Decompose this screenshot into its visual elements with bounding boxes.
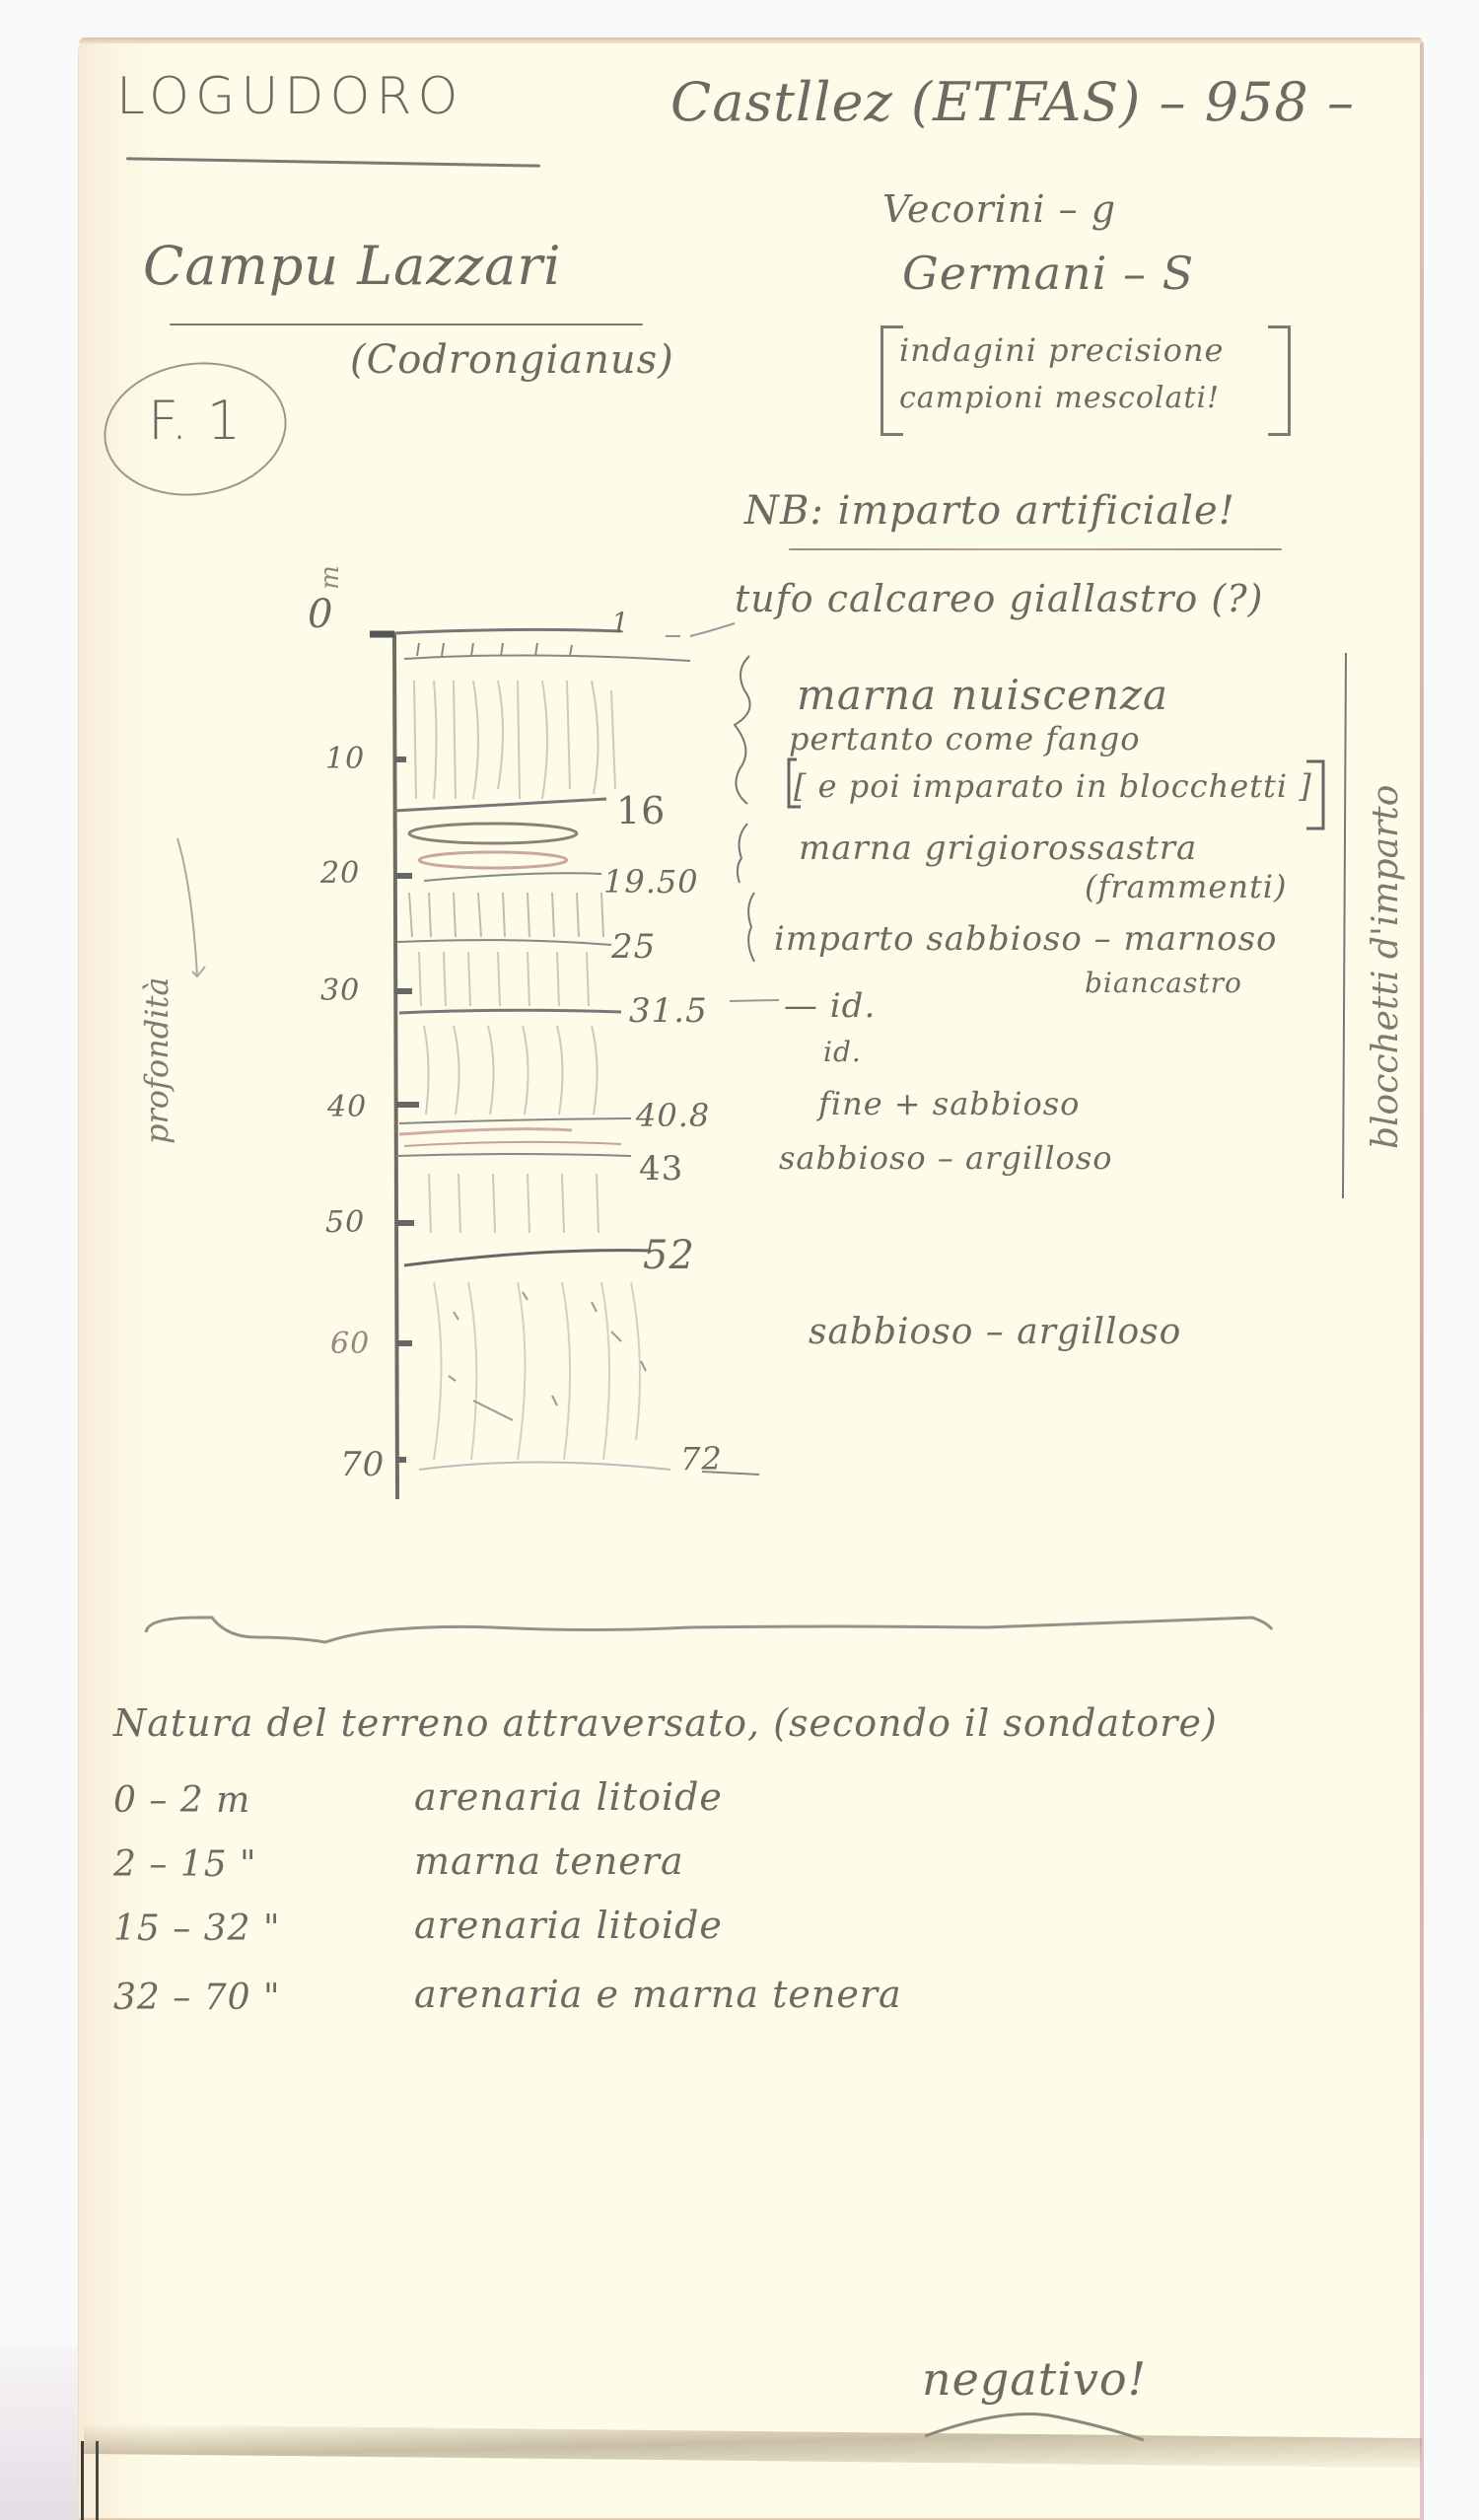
boundary-52: 52 <box>643 1233 695 1278</box>
boundary-43: 43 <box>639 1149 683 1188</box>
desc-top: tufo calcareo giallastro (?) <box>735 577 1263 620</box>
notebook-binding <box>81 2441 99 2520</box>
terrain-range-3: 15 – 32 " <box>113 1908 281 1949</box>
desc-1a: marna nuiscenza <box>797 671 1168 719</box>
boundary-1: 1 <box>611 607 630 639</box>
footer-heading: Natura del terreno attraversato, (second… <box>113 1701 1218 1745</box>
desc-3a: imparto sabbioso – marnoso <box>774 919 1278 959</box>
boundary-31-5: 31.5 <box>629 991 708 1031</box>
desc-5b: fine + sabbioso <box>818 1085 1080 1122</box>
boundary-25: 25 <box>611 927 656 967</box>
right-bracket-label: blocchetti d'imparto <box>1366 785 1406 1149</box>
desc-7: sabbioso – argilloso <box>809 1312 1181 1352</box>
desc-3b: biancastro <box>1085 967 1242 999</box>
terrain-material-4: arenaria e marna tenera <box>414 1973 902 2016</box>
boundary-19-5: 19.50 <box>603 863 699 900</box>
desc-1b: pertanto come fango <box>789 720 1140 757</box>
boundary-16: 16 <box>616 789 666 832</box>
terrain-material-2: marna tenera <box>414 1839 684 1883</box>
terrain-material-1: arenaria litoide <box>414 1775 723 1819</box>
desc-2b: (frammenti) <box>1085 868 1288 905</box>
desc-1c: [ e poi imparato in blocchetti ] <box>794 767 1312 805</box>
depth-axis-label: profondità <box>138 977 176 1144</box>
terrain-range-1: 0 – 2 m <box>113 1780 250 1821</box>
strat-column-drawing <box>0 0 1479 2520</box>
terrain-range-2: 2 – 15 " <box>113 1844 257 1885</box>
desc-2a: marna grigiorossastra <box>799 828 1197 868</box>
terrain-range-4: 32 – 70 " <box>113 1978 281 2018</box>
result-note: negativo! <box>922 2352 1147 2406</box>
boundary-72: 72 <box>680 1440 723 1477</box>
desc-4: — id. <box>784 986 876 1026</box>
boundary-40-8: 40.8 <box>636 1097 710 1134</box>
desc-5a: id. <box>823 1036 862 1068</box>
terrain-material-3: arenaria litoide <box>414 1904 723 1947</box>
desc-6: sabbioso – argilloso <box>779 1139 1113 1177</box>
